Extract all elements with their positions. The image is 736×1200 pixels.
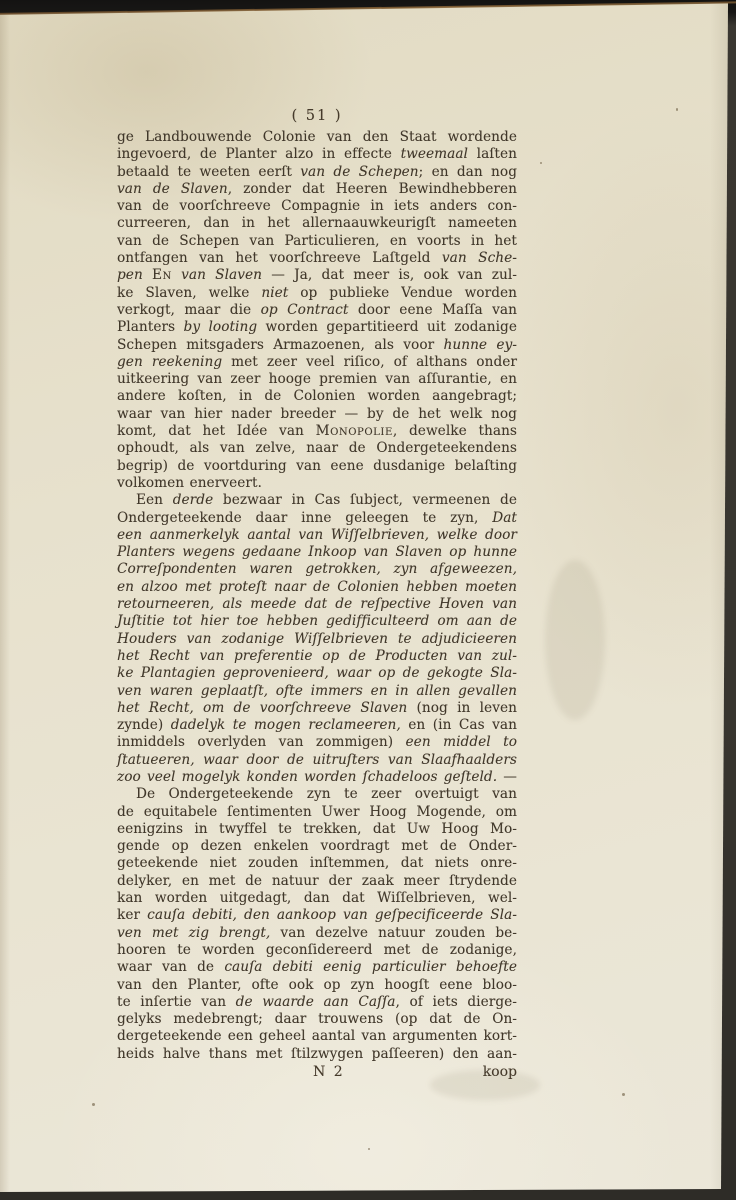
- text-line: delyker, en met de natuur der zaak meer …: [117, 873, 517, 890]
- text-line: verkogt, maar die op Contract door eene …: [117, 302, 517, 319]
- text-line: retourneeren, als meede dat de reſpectiv…: [117, 596, 517, 613]
- text-line: het Recht van preferentie op de Producte…: [117, 648, 517, 665]
- text-line: ge Landbouwende Colonie van den Staat wo…: [117, 129, 517, 146]
- text-line: Houders van zodanige Wiſſelbrieven te ad…: [117, 631, 517, 648]
- text-line: Een derde bezwaar in Cas ſubject, vermee…: [117, 492, 517, 509]
- text-line: ontfangen van het voorſchreeve Laſtgeld …: [117, 250, 517, 267]
- text-line: zoo veel mogelyk konden worden ſchadeloo…: [117, 769, 517, 786]
- text-line: eenigzins in twyffel te trekken, dat Uw …: [117, 821, 517, 838]
- text-line: Planters wegens gedaane Inkoop van Slave…: [117, 544, 517, 561]
- paper-speck: [92, 1103, 95, 1106]
- text-line: van den Planter, ofte ook op zyn hoogſt …: [117, 977, 517, 994]
- text-line: waar van hier nader breeder — by de het …: [117, 406, 517, 423]
- text-line: Schepen mitsgaders Armazoenen, als voor …: [117, 337, 517, 354]
- footer-line: N 2 koop: [117, 1064, 517, 1082]
- text-line: betaald te weeten eerſt van de Schepen; …: [117, 164, 517, 181]
- text-line: gende op dezen enkelen voordragt met de …: [117, 838, 517, 855]
- paper-speck: [368, 1148, 370, 1150]
- paper-speck: [622, 1093, 625, 1096]
- text-line: De Ondergeteekende zyn te zeer overtuigt…: [117, 786, 517, 803]
- text-line: kan worden uitgedagt, dan dat Wiſſelbrie…: [117, 890, 517, 907]
- text-line: te inſertie van de waarde aan Caſſa, of …: [117, 994, 517, 1011]
- page-number: ( 51 ): [117, 108, 517, 124]
- text-line: inmiddels overlyden van zommigen) een mi…: [117, 734, 517, 751]
- text-line: hooren te worden geconſidereerd met de z…: [117, 942, 517, 959]
- text-line: pen En van Slaven — Ja, dat meer is, ook…: [117, 267, 517, 284]
- text-line: ker cauſa debiti, den aankoop van geſpec…: [117, 907, 517, 924]
- text-line: Ondergeteekende daar inne geleegen te zy…: [117, 510, 517, 527]
- text-line: geteekende niet zouden inſtemmen, dat ni…: [117, 855, 517, 872]
- text-line: gen reekening met zeer veel riſico, of a…: [117, 354, 517, 371]
- text-line: heids halve thans met ſtilzwygen paſſeer…: [117, 1046, 517, 1063]
- text-line: ſtatueeren, waar door de uitruſters van …: [117, 752, 517, 769]
- text-line: ven waren geplaatſt, ofte immers en in a…: [117, 683, 517, 700]
- text-line: ke Plantagien geprovenieerd, waar op de …: [117, 665, 517, 682]
- text-line: ophoudt, als van zelve, naar de Onderget…: [117, 440, 517, 457]
- text-line: ingevoerd, de Planter alzo in effecte tw…: [117, 146, 517, 163]
- signature-mark: N 2: [313, 1064, 345, 1080]
- text-line: dergeteekende een geheel aantal van argu…: [117, 1028, 517, 1045]
- text-line: de equitabele ſentimenten Uwer Hoog Moge…: [117, 804, 517, 821]
- text-line: waar van de cauſa debiti eenig particuli…: [117, 959, 517, 976]
- text-line: uitkeering van zeer hooge premien van aſ…: [117, 371, 517, 388]
- text-line: andere koſten, in de Colonien worden aan…: [117, 388, 517, 405]
- text-line: en alzoo met proteſt naar de Colonien he…: [117, 579, 517, 596]
- text-line: Juſtitie tot hier toe hebben gedifficult…: [117, 613, 517, 630]
- text-line: ven met zig brengt, van dezelve natuur z…: [117, 925, 517, 942]
- text-line: ke Slaven, welke niet op publieke Vendue…: [117, 285, 517, 302]
- text-line: begrip) de voortduring van eene dusdanig…: [117, 458, 517, 475]
- text-line: van de voorſchreeve Compagnie in iets an…: [117, 198, 517, 215]
- text-line: Planters by looting worden gepartitieerd…: [117, 319, 517, 336]
- text-line: zynde) dadelyk te mogen reclameeren, en …: [117, 717, 517, 734]
- text-line: Correſpondenten waren getrokken, zyn afg…: [117, 561, 517, 578]
- text-block: ge Landbouwende Colonie van den Staat wo…: [117, 129, 517, 1063]
- scan-background: { "page": { "page_number": "( 51 )", "si…: [0, 0, 736, 1200]
- text-line: komt, dat het Idée van Monopolie, dewelk…: [117, 423, 517, 440]
- text-line: volkomen enerveert.: [117, 475, 517, 492]
- text-line: van de Slaven, zonder dat Heeren Bewindh…: [117, 181, 517, 198]
- scanned-paper-page: ( 51 ) ge Landbouwende Colonie van den S…: [0, 0, 736, 1200]
- text-line: het Recht, om de voorſchreeve Slaven (no…: [117, 700, 517, 717]
- paper-speck: [676, 108, 678, 111]
- text-line: gelyks medebrengt; daar trouwens (op dat…: [117, 1011, 517, 1028]
- paper-speck: [540, 162, 542, 164]
- catchword: koop: [483, 1064, 517, 1080]
- text-line: curreeren, dan in het allernaauwkeurigſt…: [117, 215, 517, 232]
- text-line: een aanmerkelyk aantal van Wiſſelbrieven…: [117, 527, 517, 544]
- paper-smudge: [545, 560, 605, 720]
- text-line: van de Schepen van Particulieren, en voo…: [117, 233, 517, 250]
